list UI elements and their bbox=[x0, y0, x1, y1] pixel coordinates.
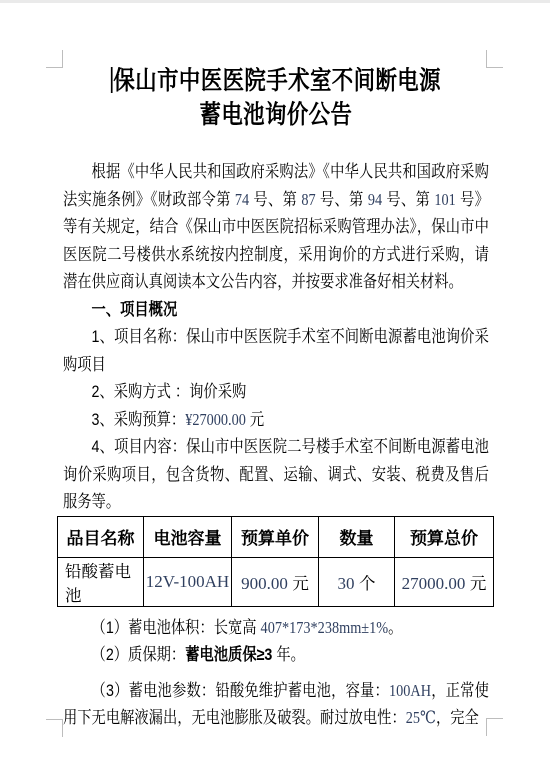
title-line-2: 蓄电池询价公告 bbox=[63, 98, 489, 132]
budget-amount: ¥27000.00 bbox=[185, 410, 246, 429]
spec-paragraphs: （1）蓄电池体积：长宽高 407*173*238mm±1%。 （2）质保期：蓄电… bbox=[63, 614, 489, 732]
battery-capacity-value: 100AH bbox=[389, 681, 431, 700]
document-page: 保山市中医医院手术室不间断电源 蓄电池询价公告 根据《中华人民共和国政府采购法》… bbox=[0, 0, 550, 781]
cell-item-name: 铅酸蓄电池 bbox=[58, 557, 144, 606]
header-quantity: 数量 bbox=[319, 516, 395, 557]
title-line-1: 保山市中医医院手术室不间断电源 bbox=[63, 64, 489, 98]
decree-number-94: 94 bbox=[368, 190, 382, 209]
text-cursor bbox=[111, 67, 113, 93]
document-title: 保山市中医医院手术室不间断电源 蓄电池询价公告 bbox=[63, 64, 489, 132]
temperature-value: 25℃ bbox=[406, 708, 436, 727]
page-text-area: 保山市中医医院手术室不间断电源 蓄电池询价公告 根据《中华人民共和国政府采购法》… bbox=[63, 0, 489, 732]
spec-warranty: （2）质保期：蓄电池质保≥3 年。 bbox=[63, 641, 489, 669]
decree-number-101: 101 bbox=[434, 190, 455, 209]
item-procurement-method: 2、采购方式 ：询价采购 bbox=[63, 378, 489, 406]
decree-number-74: 74 bbox=[235, 190, 249, 209]
section-heading-project-overview: 一、项目概况 bbox=[63, 296, 489, 324]
table-row: 铅酸蓄电池 12V-100AH 900.00 元 30 个 27000.00 元 bbox=[58, 557, 494, 606]
spec-battery-parameters: （3）蓄电池参数：铅酸免维护蓄电池，容量：100AH，正常使用下无电解液漏出，无… bbox=[63, 677, 489, 732]
margin-crop-mark-bottom-left bbox=[46, 719, 63, 737]
cell-unit-price: 900.00 元 bbox=[232, 557, 319, 606]
header-battery-capacity: 电池容量 bbox=[144, 516, 232, 557]
decree-number-87: 87 bbox=[301, 190, 315, 209]
table-header-row: 品目名称 电池容量 预算单价 数量 预算总价 bbox=[58, 516, 494, 557]
cell-total-price: 27000.00 元 bbox=[395, 557, 494, 606]
item-procurement-budget: 3、采购预算：¥27000.00 元 bbox=[63, 406, 489, 434]
header-item-name: 品目名称 bbox=[58, 516, 144, 557]
intro-paragraph: 根据《中华人民共和国政府采购法》《中华人民共和国政府采购法实施条例》《财政部令第… bbox=[63, 158, 489, 296]
item-project-name: 1、项目名称：保山市中医医院手术室不间断电源蓄电池询价采购项目 bbox=[63, 323, 489, 378]
header-unit-price: 预算单价 bbox=[232, 516, 319, 557]
item-project-content: 4、项目内容：保山市中医医院二号楼手术室不间断电源蓄电池询价采购项目，包含货物、… bbox=[63, 433, 489, 516]
cell-quantity: 30 个 bbox=[319, 557, 395, 606]
spec-battery-size: （1）蓄电池体积：长宽高 407*173*238mm±1%。 bbox=[63, 614, 489, 642]
price-table: 品目名称 电池容量 预算单价 数量 预算总价 铅酸蓄电池 12V-100AH 9… bbox=[57, 516, 494, 607]
warranty-term: 蓄电池质保≥3 bbox=[185, 645, 272, 664]
margin-crop-mark-top-left bbox=[46, 50, 63, 68]
header-total-price: 预算总价 bbox=[395, 516, 494, 557]
title-text-2: 蓄电池询价公告 bbox=[199, 101, 352, 129]
battery-dimensions: 407*173*238mm±1% bbox=[261, 618, 389, 637]
title-text-1: 保山市中医医院手术室不间断电源 bbox=[113, 67, 441, 95]
cell-capacity: 12V-100AH bbox=[144, 557, 232, 606]
